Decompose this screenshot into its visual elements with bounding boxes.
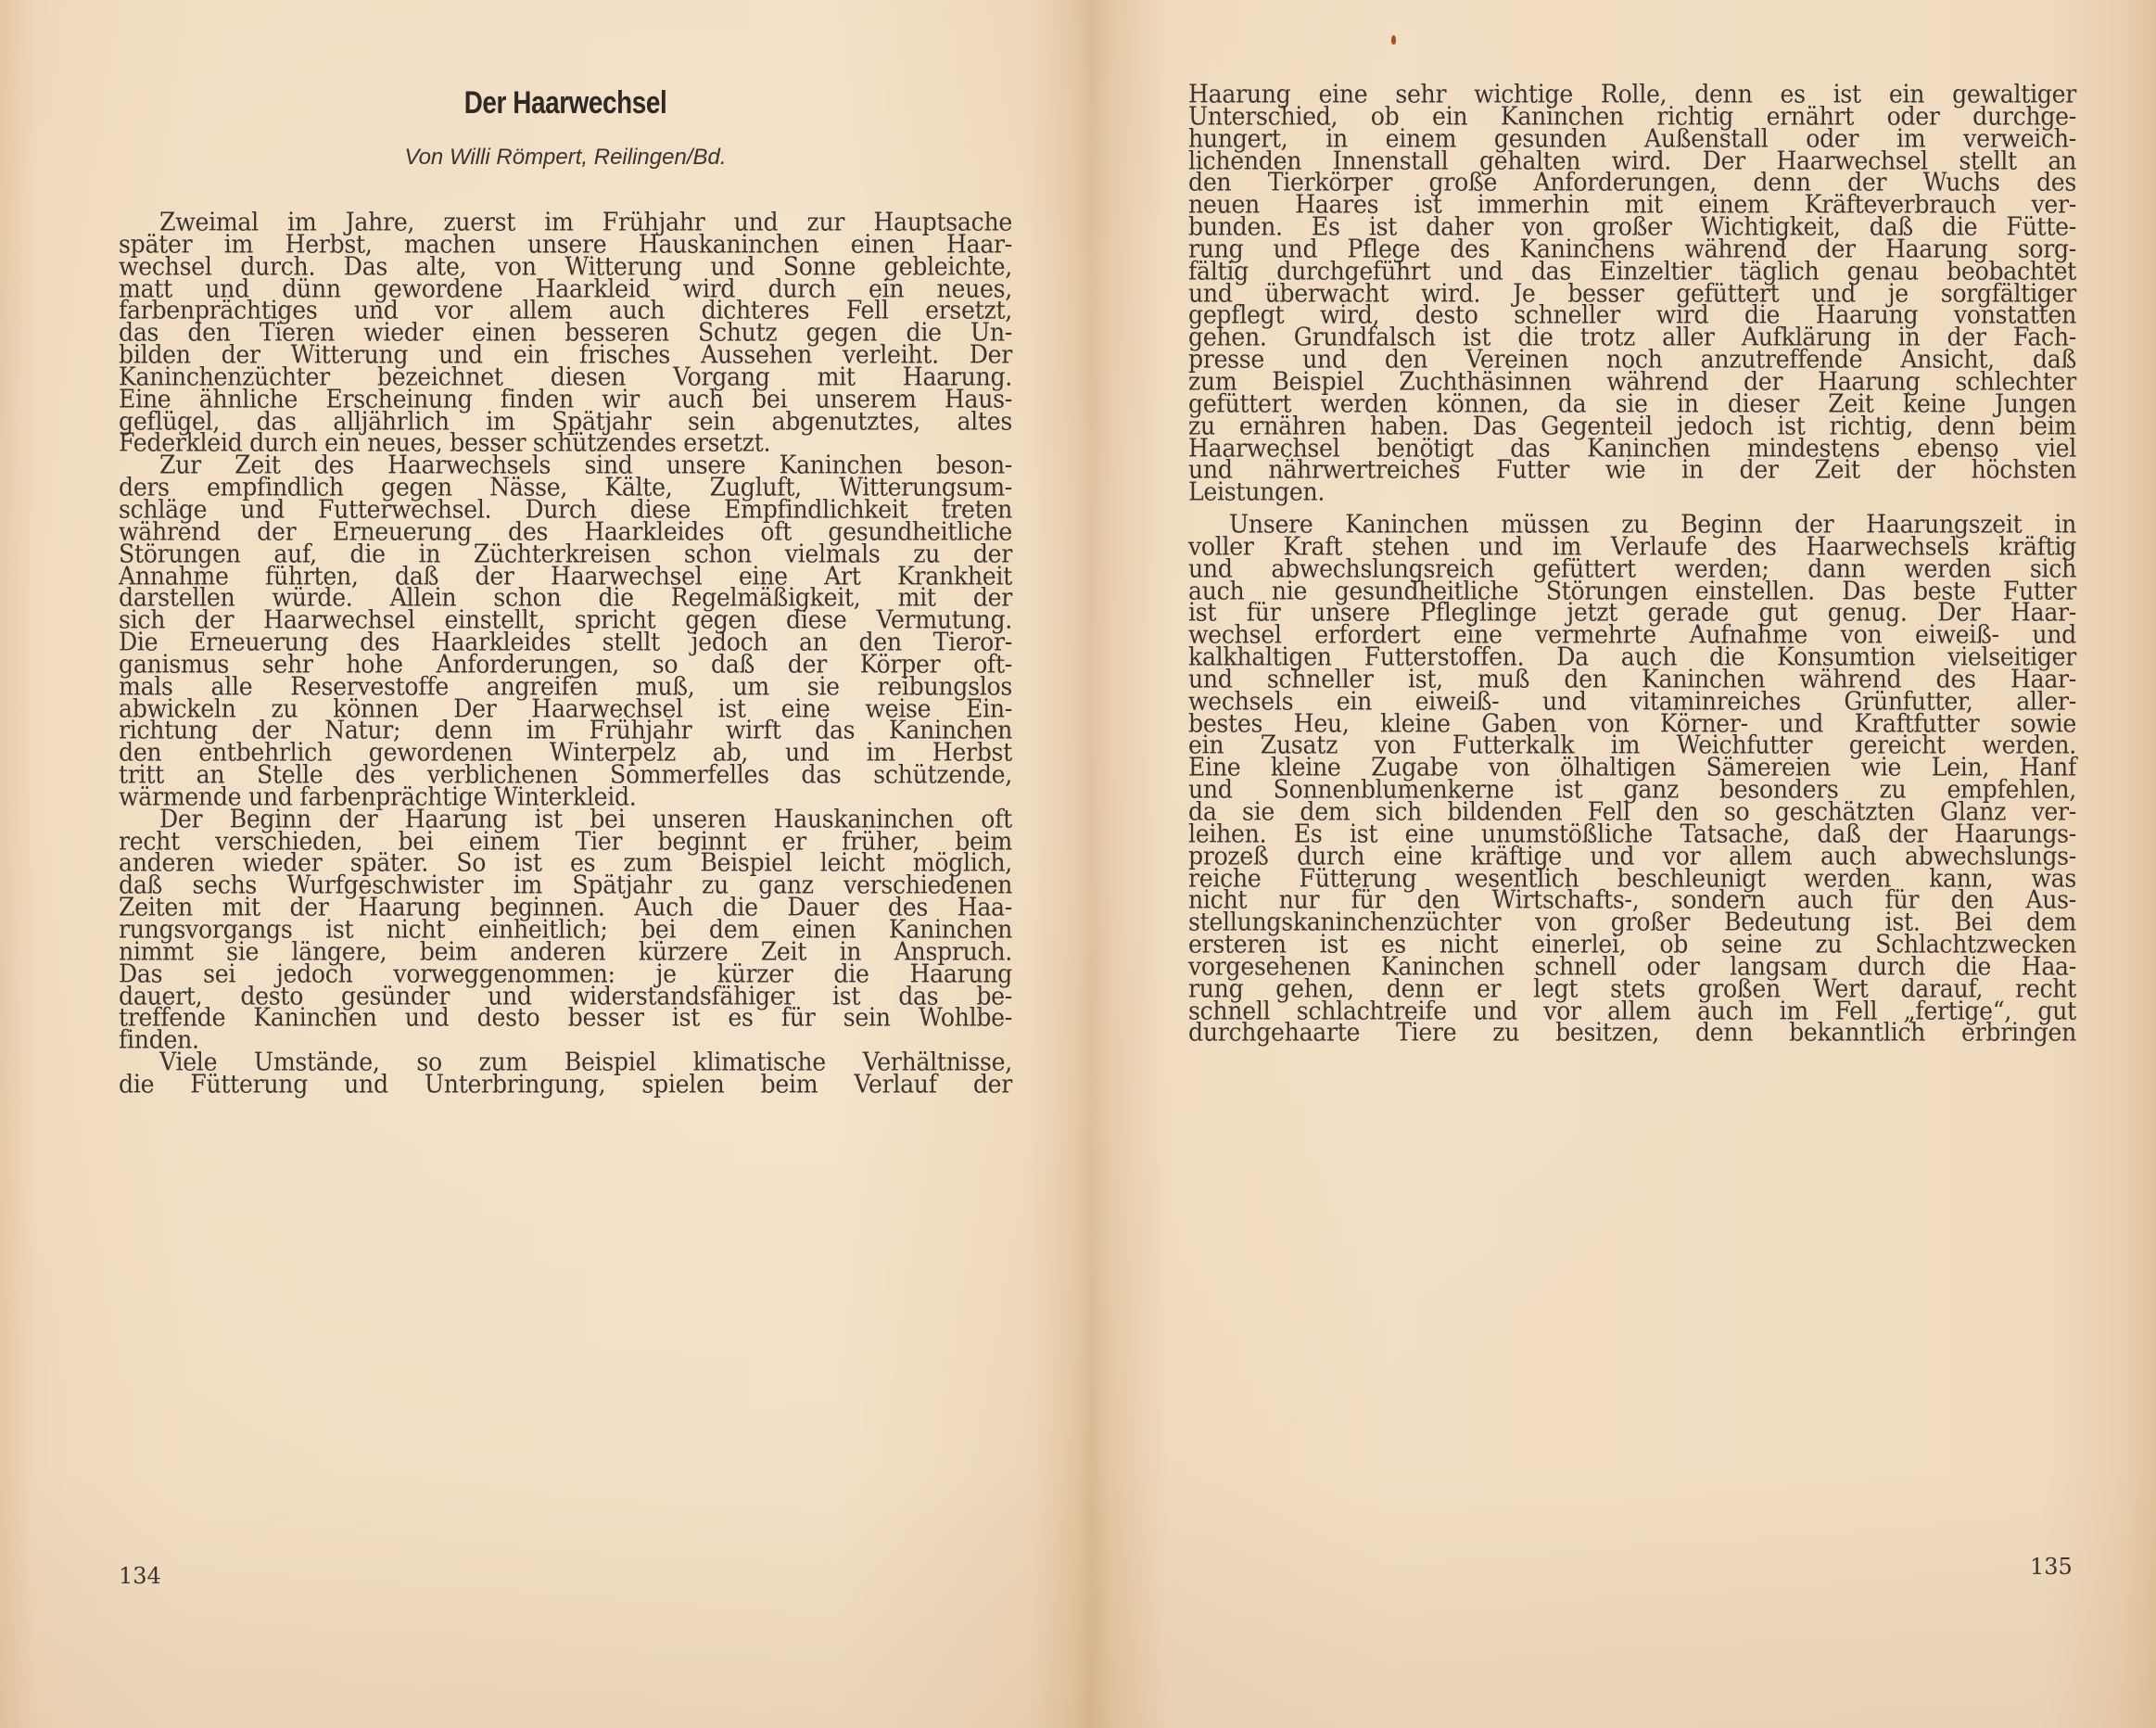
left-page-text-column: Zweimal im Jahre, zuerst im Frühjahr und… (119, 211, 1012, 1096)
right-page-text-column: Haarung eine sehr wichtige Rolle, denn e… (1188, 83, 2076, 1044)
paragraph: Zur Zeit des Haarwechsels sind unsere Ka… (119, 454, 1012, 808)
paper-stain (1391, 35, 1396, 44)
paragraph: Viele Umstände, so zum Beispiel klimatis… (119, 1051, 1012, 1096)
article-title: Der Haarwechsel (199, 85, 932, 121)
text-line: die Fütterung und Unterbringung, spielen… (119, 1073, 1012, 1097)
text-line: Leistungen. (1188, 480, 2076, 504)
paragraph: Unsere Kaninchen müssen zu Beginn der Ha… (1188, 514, 2076, 1044)
page-number-left: 134 (119, 1563, 161, 1589)
paragraph: Haarung eine sehr wichtige Rolle, denn e… (1188, 83, 2076, 503)
text-line: durchgehaarte Tiere zu besitzen, denn be… (1188, 1021, 2076, 1045)
text-line: treffende Kaninchen und desto besser ist… (119, 1006, 1012, 1030)
paragraph: Der Beginn der Haarung ist bei unseren H… (119, 808, 1012, 1051)
article-byline: Von Willi Römpert, Reilingen/Bd. (119, 145, 1012, 171)
paragraph: Zweimal im Jahre, zuerst im Frühjahr und… (119, 211, 1012, 454)
page-number-right: 135 (2030, 1554, 2073, 1580)
